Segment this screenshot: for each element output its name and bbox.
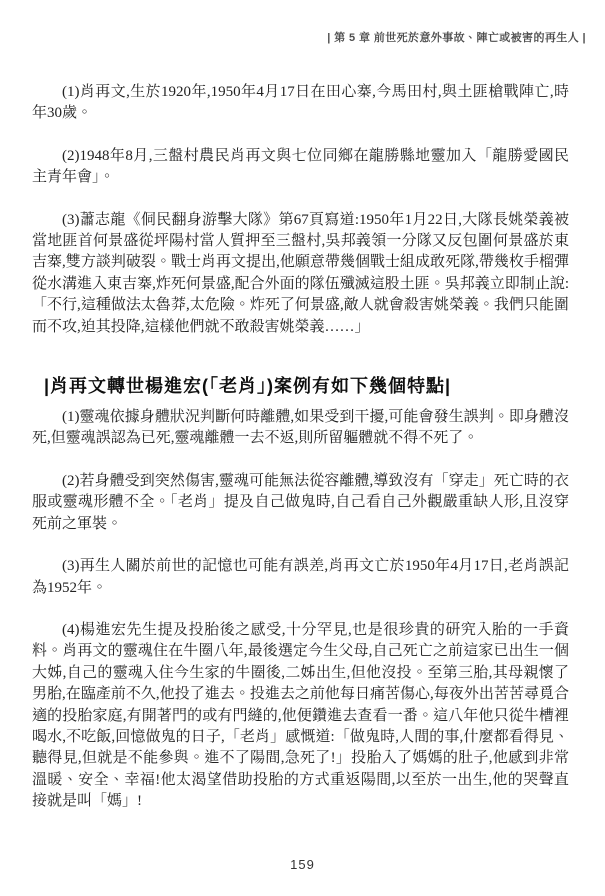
book-page: | 第 5 章 前世死於意外事故、陣亡或被害的再生人 | (1)肖再文,生於19…: [0, 0, 605, 896]
page-number: 159: [0, 857, 605, 872]
running-header: | 第 5 章 前世死於意外事故、陣亡或被害的再生人 |: [327, 29, 586, 45]
feature-paragraph-1: (1)靈魂依據身體狀況判斷何時離體,如果受到干擾,可能會發生誤判。即身體沒死,但…: [32, 407, 569, 450]
intro-paragraph-1: (1)肖再文,生於1920年,1950年4月17日在田心寨,今馬田村,與土匪槍戰…: [32, 82, 569, 125]
section-heading: |肖再文轉世楊進宏(「老肖」)案例有如下幾個特點|: [44, 374, 569, 398]
page-body: (1)肖再文,生於1920年,1950年4月17日在田心寨,今馬田村,與土匪槍戰…: [32, 82, 569, 834]
feature-paragraph-2: (2)若身體受到突然傷害,靈魂可能無法從容離體,導致沒有「穿走」死亡時的衣服或靈…: [32, 471, 569, 535]
feature-paragraph-3: (3)再生人關於前世的記憶也可能有誤差,肖再文亡於1950年4月17日,老肖誤記…: [32, 556, 569, 599]
intro-paragraph-2: (2)1948年8月,三盤村農民肖再文與七位同鄉在龍勝縣地靈加入「龍勝愛國民主青…: [32, 146, 569, 189]
intro-paragraph-3: (3)蕭志龍《侗民翻身游擊大隊》第67頁寫道:1950年1月22日,大隊長姚榮義…: [32, 210, 569, 338]
feature-paragraph-4: (4)楊進宏先生提及投胎後之感受,十分罕見,也是很珍貴的研究入胎的一手資料。肖再…: [32, 620, 569, 813]
